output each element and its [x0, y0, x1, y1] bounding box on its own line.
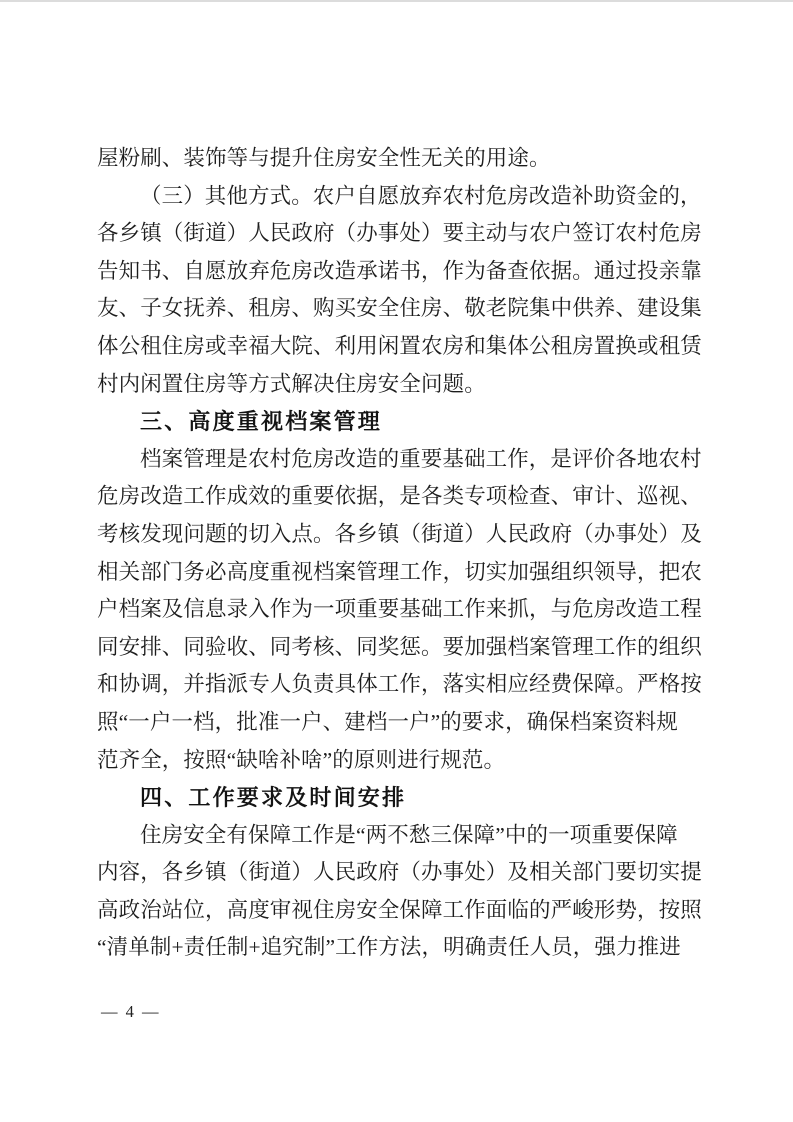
text-line: 屋粉刷、装饰等与提升住房安全性无关的用途。: [97, 140, 707, 178]
text-line: （三）其他方式。农户自愿放弃农村危房改造补助资金的，: [97, 178, 707, 216]
text-line: 考核发现问题的切入点。各乡镇（街道）人民政府（办事处）及: [97, 516, 707, 554]
text-line: “清单制+责任制+追究制”工作方法，明确责任人员，强力推进: [97, 929, 707, 967]
text-line: 体公租住房或幸福大院、利用闲置农房和集体公租房置换或租赁: [97, 328, 707, 366]
document-body: 屋粉刷、装饰等与提升住房安全性无关的用途。（三）其他方式。农户自愿放弃农村危房改…: [97, 140, 707, 967]
text-line: 危房改造工作成效的重要依据，是各类专项检查、审计、巡视、: [97, 478, 707, 516]
section-heading: 三、高度重视档案管理: [97, 403, 707, 441]
scan-edge-line: [0, 0, 793, 2]
text-line: 户档案及信息录入作为一项重要基础工作来抓，与危房改造工程: [97, 591, 707, 629]
text-line: 和协调，并指派专人负责具体工作，落实相应经费保障。严格按: [97, 666, 707, 704]
text-line: 同安排、同验收、同考核、同奖惩。要加强档案管理工作的组织: [97, 629, 707, 667]
text-line: 村内闲置住房等方式解决住房安全问题。: [97, 366, 707, 404]
text-line: 档案管理是农村危房改造的重要基础工作，是评价各地农村: [97, 441, 707, 479]
text-line: 高政治站位，高度审视住房安全保障工作面临的严峻形势，按照: [97, 892, 707, 930]
text-line: 各乡镇（街道）人民政府（办事处）要主动与农户签订农村危房: [97, 215, 707, 253]
text-line: 范齐全，按照“缺啥补啥”的原则进行规范。: [97, 742, 707, 780]
text-line: 住房安全有保障工作是“两不愁三保障”中的一项重要保障: [97, 817, 707, 855]
text-line: 告知书、自愿放弃危房改造承诺书，作为备查依据。通过投亲靠: [97, 253, 707, 291]
text-line: 相关部门务必高度重视档案管理工作，切实加强组织领导，把农: [97, 554, 707, 592]
page-number: — 4 —: [101, 1002, 161, 1021]
page-footer: — 4 —: [101, 1000, 161, 1024]
section-heading: 四、工作要求及时间安排: [97, 779, 707, 817]
text-line: 照“一户一档，批准一户、建档一户”的要求，确保档案资料规: [97, 704, 707, 742]
text-line: 内容，各乡镇（街道）人民政府（办事处）及相关部门要切实提: [97, 854, 707, 892]
document-page: 屋粉刷、装饰等与提升住房安全性无关的用途。（三）其他方式。农户自愿放弃农村危房改…: [0, 0, 793, 1122]
text-line: 友、子女抚养、租房、购买安全住房、敬老院集中供养、建设集: [97, 290, 707, 328]
